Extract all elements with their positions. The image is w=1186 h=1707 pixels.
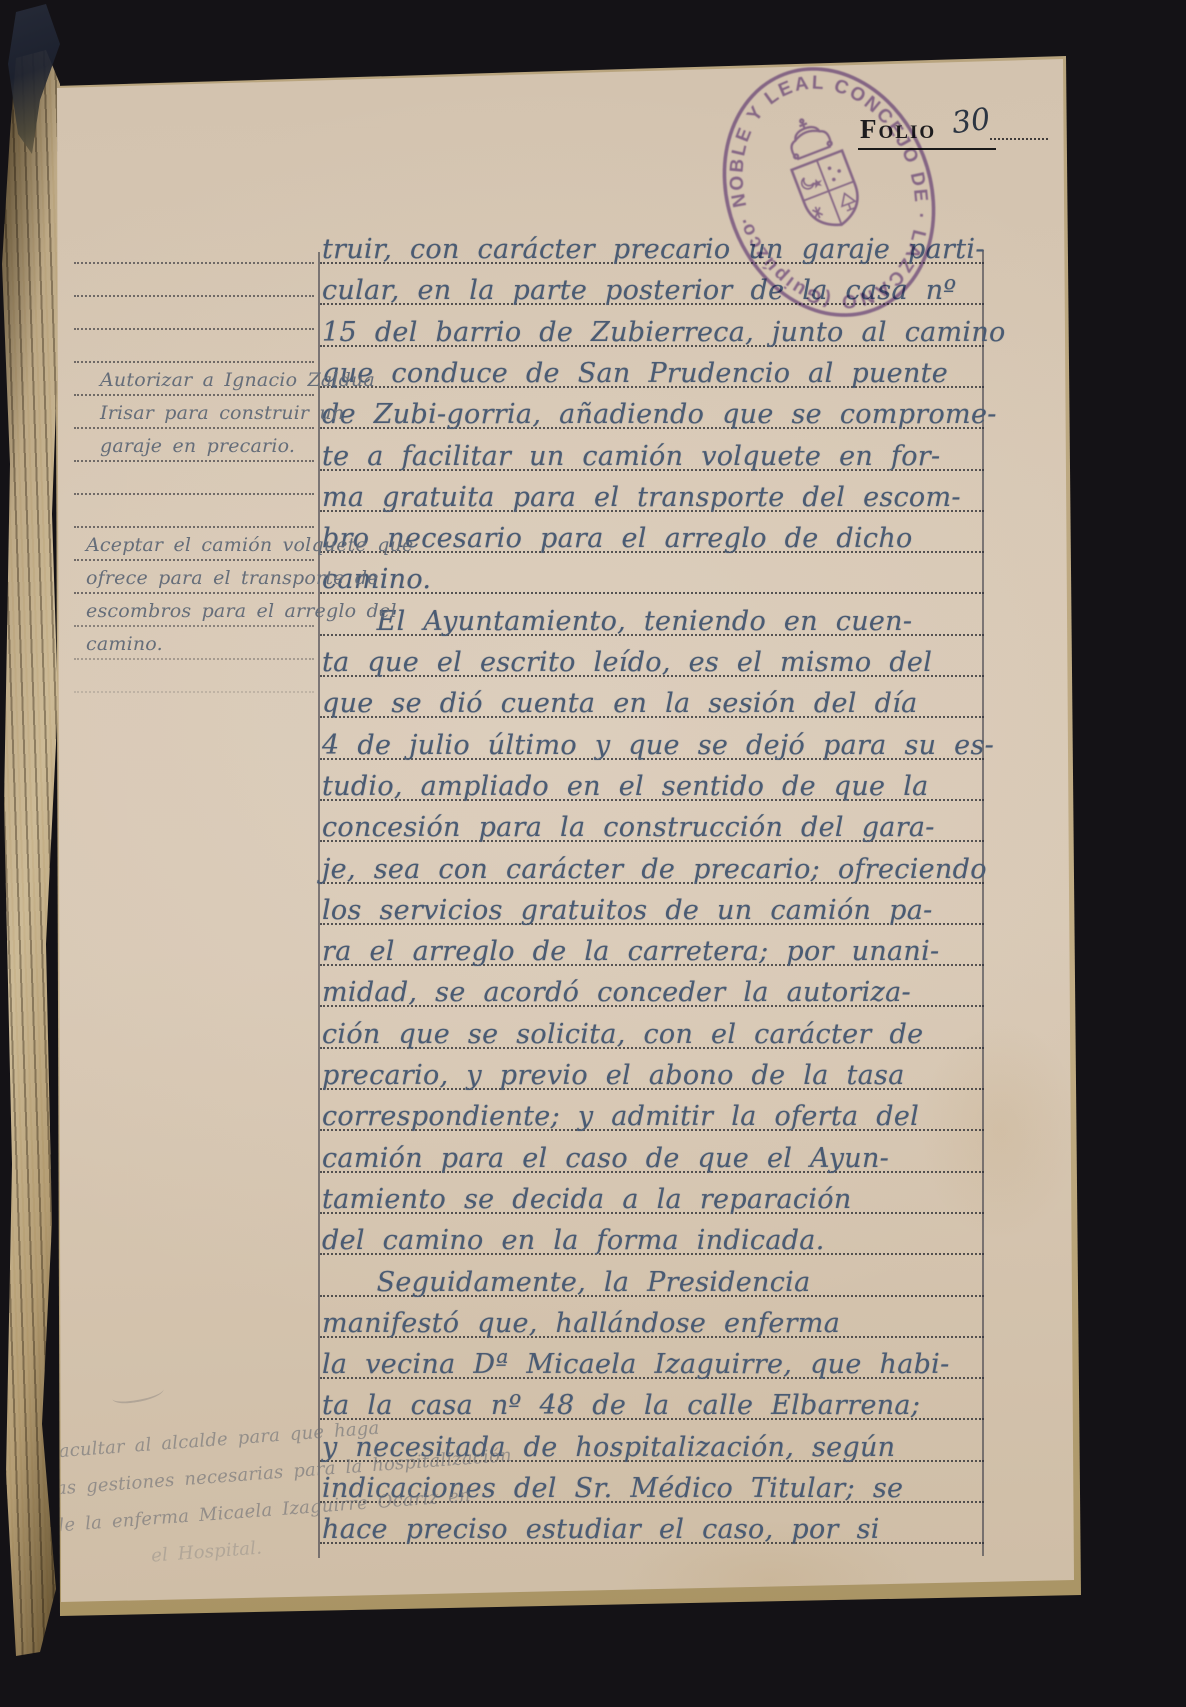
margin-rule-line <box>74 526 314 528</box>
body-text-line: camión para el caso de que el Ayun- <box>322 1138 990 1180</box>
body-text-line: precario, y previo el abono de la tasa <box>322 1055 990 1097</box>
margin-rule-line <box>74 361 314 363</box>
body-text-line: correspondiente; y admitir la oferta del <box>322 1096 990 1138</box>
margin-rule-line <box>74 493 314 495</box>
margin-note-line: Autorizar a Ignacio Zaldua <box>100 364 375 397</box>
body-text-line: camino. <box>322 559 990 601</box>
body-text-line: tudio, ampliado en el sentido de que la <box>322 766 990 808</box>
scanned-page-scene: Folio 30 truir, con carácter precario un… <box>0 0 1186 1707</box>
margin-note-hospitalization: Facultar al alcalde para que hagalas ges… <box>46 1400 519 1582</box>
margin-note-line: Irisar para construir un <box>100 397 375 430</box>
body-text-line: midad, se acordó conceder la autoriza- <box>322 972 990 1014</box>
folio-dotted-leader <box>990 138 1048 140</box>
margin-note-line: escombros para el arreglo del <box>86 595 413 628</box>
body-text-line: ta que el escrito leído, es el mismo del <box>322 642 990 684</box>
margin-note-garage-authorization: Autorizar a Ignacio ZalduaIrisar para co… <box>100 364 375 463</box>
margin-note-line: garaje en precario. <box>100 430 375 463</box>
body-text-line: bro necesario para el arreglo de dicho <box>322 518 990 560</box>
body-text-line: ción que se solicita, con el carácter de <box>322 1014 990 1056</box>
margin-note-line: Aceptar el camión volquete que <box>86 529 413 562</box>
body-text-line: tamiento se decida a la reparación <box>322 1179 990 1221</box>
margin-note-truck-acceptance: Aceptar el camión volquete queofrece par… <box>86 529 413 661</box>
body-text-line: de Zubi-gorria, añadiendo que se comprom… <box>322 394 990 436</box>
margin-rule-line <box>74 295 314 297</box>
body-text-line: ra el arreglo de la carretera; por unani… <box>322 931 990 973</box>
body-text-line: del camino en la forma indicada. <box>322 1220 990 1262</box>
margin-rule-line <box>74 691 314 693</box>
faint-pencil-mark <box>111 1382 165 1405</box>
manuscript-page: Folio 30 truir, con carácter precario un… <box>0 0 1186 1707</box>
margin-rule-line <box>74 262 314 264</box>
margin-note-line: ofrece para el transporte de <box>86 562 413 595</box>
body-text-line: que se dió cuenta en la sesión del día <box>322 683 990 725</box>
body-text-line: Seguidamente, la Presidencia <box>322 1262 990 1304</box>
margin-rule-line <box>74 328 314 330</box>
body-text-line: 15 del barrio de Zubierreca, junto al ca… <box>322 312 990 354</box>
body-text-line: los servicios gratuitos de un camión pa- <box>322 890 990 932</box>
stamp-crown-icon <box>783 112 833 160</box>
margin-note-line: camino. <box>86 628 413 661</box>
folio-number: 30 <box>950 102 992 141</box>
body-text-line: la vecina Dª Micaela Izaguirre, que habi… <box>322 1344 990 1386</box>
body-text-line: 4 de julio último y que se dejó para su … <box>322 725 990 767</box>
body-text-line: que conduce de San Prudencio al puente <box>322 353 990 395</box>
body-text-line: ma gratuita para el transporte del escom… <box>322 477 990 519</box>
body-text-line: manifestó que, hallándose enferma <box>322 1303 990 1345</box>
body-text-line: je, sea con carácter de precario; ofreci… <box>322 849 990 891</box>
body-text-line: El Ayuntamiento, teniendo en cuen- <box>322 601 990 643</box>
body-text-line: concesión para la construcción del gara- <box>322 807 990 849</box>
body-text-line: te a facilitar un camión volquete en for… <box>322 436 990 478</box>
stamp-shield-icon <box>792 151 867 235</box>
